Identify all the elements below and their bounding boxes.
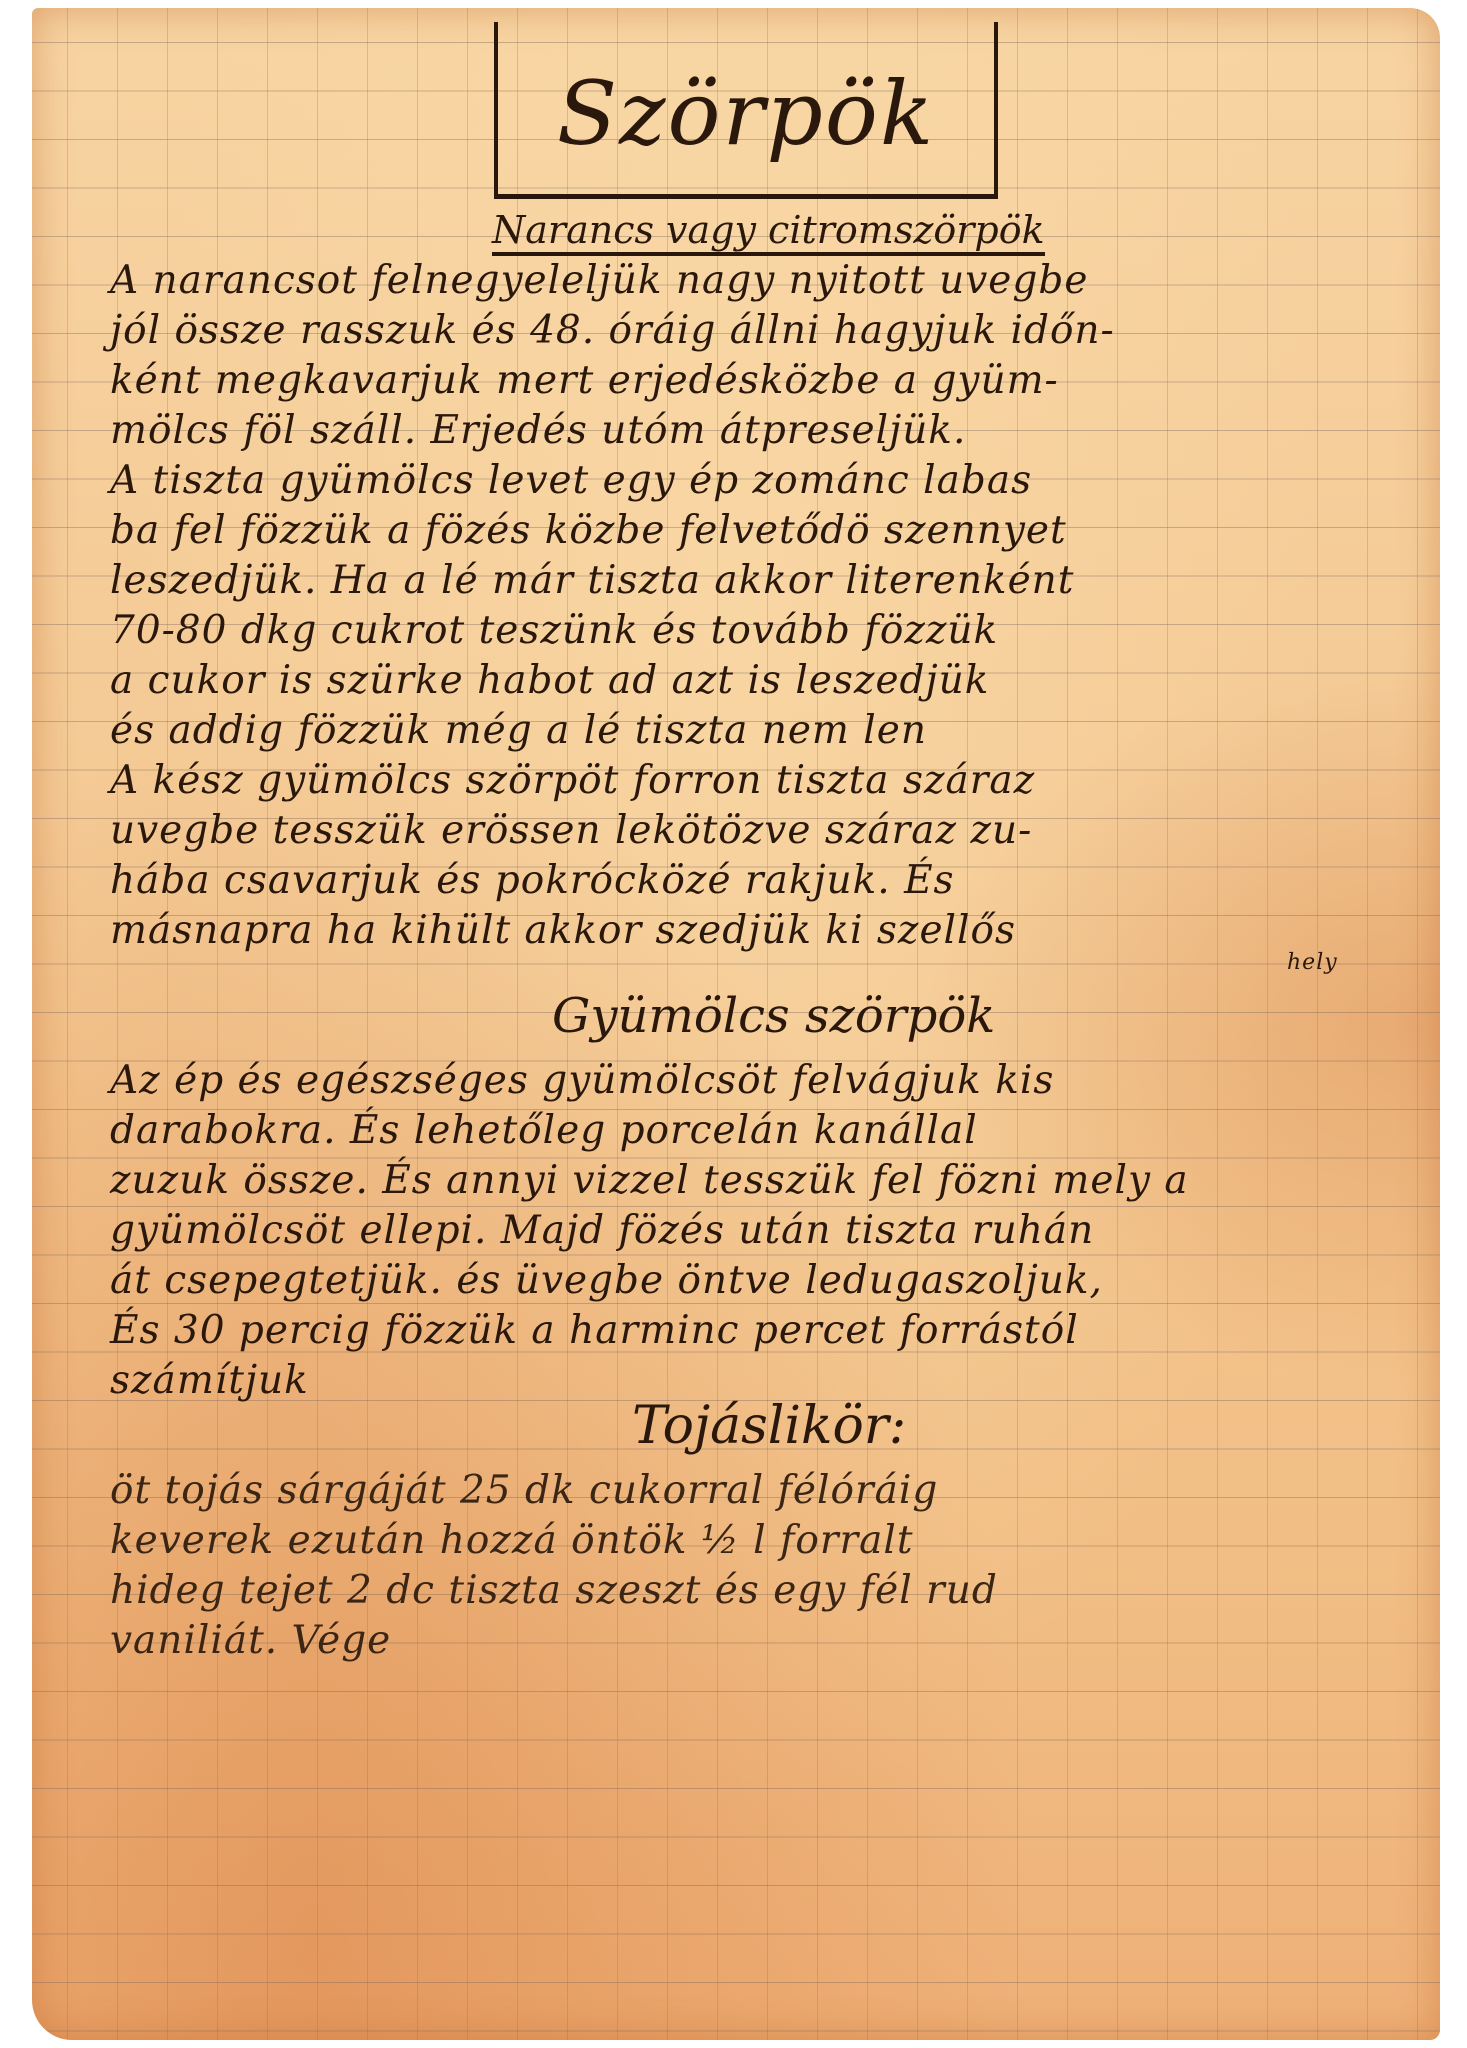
- text-line: A tiszta gyümölcs levet egy ép zománc la…: [110, 456, 1032, 506]
- text-line: mölcs föl száll. Erjedés utóm átpreseljü…: [110, 406, 966, 456]
- text-line: gyümölcsöt ellepi. Majd fözés után tiszt…: [110, 1206, 1094, 1256]
- text-line: öt tojás sárgáját 25 dk cukorral félórái…: [110, 1466, 938, 1516]
- title-box: Szörpök: [494, 22, 998, 199]
- text-line: hideg tejet 2 dc tiszta szeszt és egy fé…: [110, 1566, 998, 1616]
- text-line: A kész gyümölcs szörpöt forron tiszta sz…: [110, 756, 1035, 806]
- text-line: leszedjük. Ha a lé már tiszta akkor lite…: [110, 556, 1074, 606]
- text-line-continuation: hely: [1287, 938, 1338, 988]
- page-title: Szörpök: [498, 62, 994, 165]
- section-heading-fruit-syrups: Gyümölcs szörpök: [552, 988, 995, 1044]
- text-line: másnapra ha kihült akkor szedjük ki szel…: [110, 906, 1016, 956]
- paper-sheet: Szörpök Narancs vagy citromszörpök A nar…: [32, 8, 1440, 2040]
- text-line: uvegbe tesszük erössen lekötözve száraz …: [110, 806, 1032, 856]
- text-line: zuzuk össze. És annyi vizzel tesszük fel…: [110, 1156, 1189, 1206]
- text-line: át csepegtetjük. és üvegbe öntve ledugas…: [110, 1256, 1103, 1306]
- text-line: hába csavarjuk és pokrócközé rakjuk. És: [110, 856, 955, 906]
- text-line: a cukor is szürke habot ad azt is leszed…: [110, 656, 989, 706]
- text-line: darabokra. És lehetőleg porcelán kanálla…: [110, 1106, 978, 1156]
- text-line: Az ép és egészséges gyümölcsöt felvágjuk…: [110, 1056, 1054, 1106]
- text-line: A narancsot felnegyeleljük nagy nyitott …: [110, 256, 1088, 306]
- text-line: ba fel fözzük a fözés közbe felvetődö sz…: [110, 506, 1067, 556]
- text-line: 70-80 dkg cukrot teszünk és tovább fözzü…: [110, 606, 998, 656]
- text-line: És 30 percig fözzük a harminc percet for…: [110, 1306, 1079, 1356]
- text-line: keverek ezután hozzá öntök ½ l forralt: [110, 1516, 914, 1566]
- text-line: jól össze rasszuk és 48. óráig állni hag…: [110, 306, 1115, 356]
- section-heading-citrus-syrups: Narancs vagy citromszörpök: [492, 208, 1045, 252]
- section-heading-egg-liqueur: Tojáslikör:: [632, 1396, 906, 1456]
- text-line: számítjuk: [110, 1356, 309, 1406]
- text-line: ként megkavarjuk mert erjedésközbe a gyü…: [110, 356, 1059, 406]
- text-line: vaniliát. Vége: [110, 1616, 391, 1666]
- text-line: és addig fözzük még a lé tiszta nem len: [110, 706, 927, 756]
- section-heading-text: Narancs vagy citromszörpök: [492, 208, 1045, 256]
